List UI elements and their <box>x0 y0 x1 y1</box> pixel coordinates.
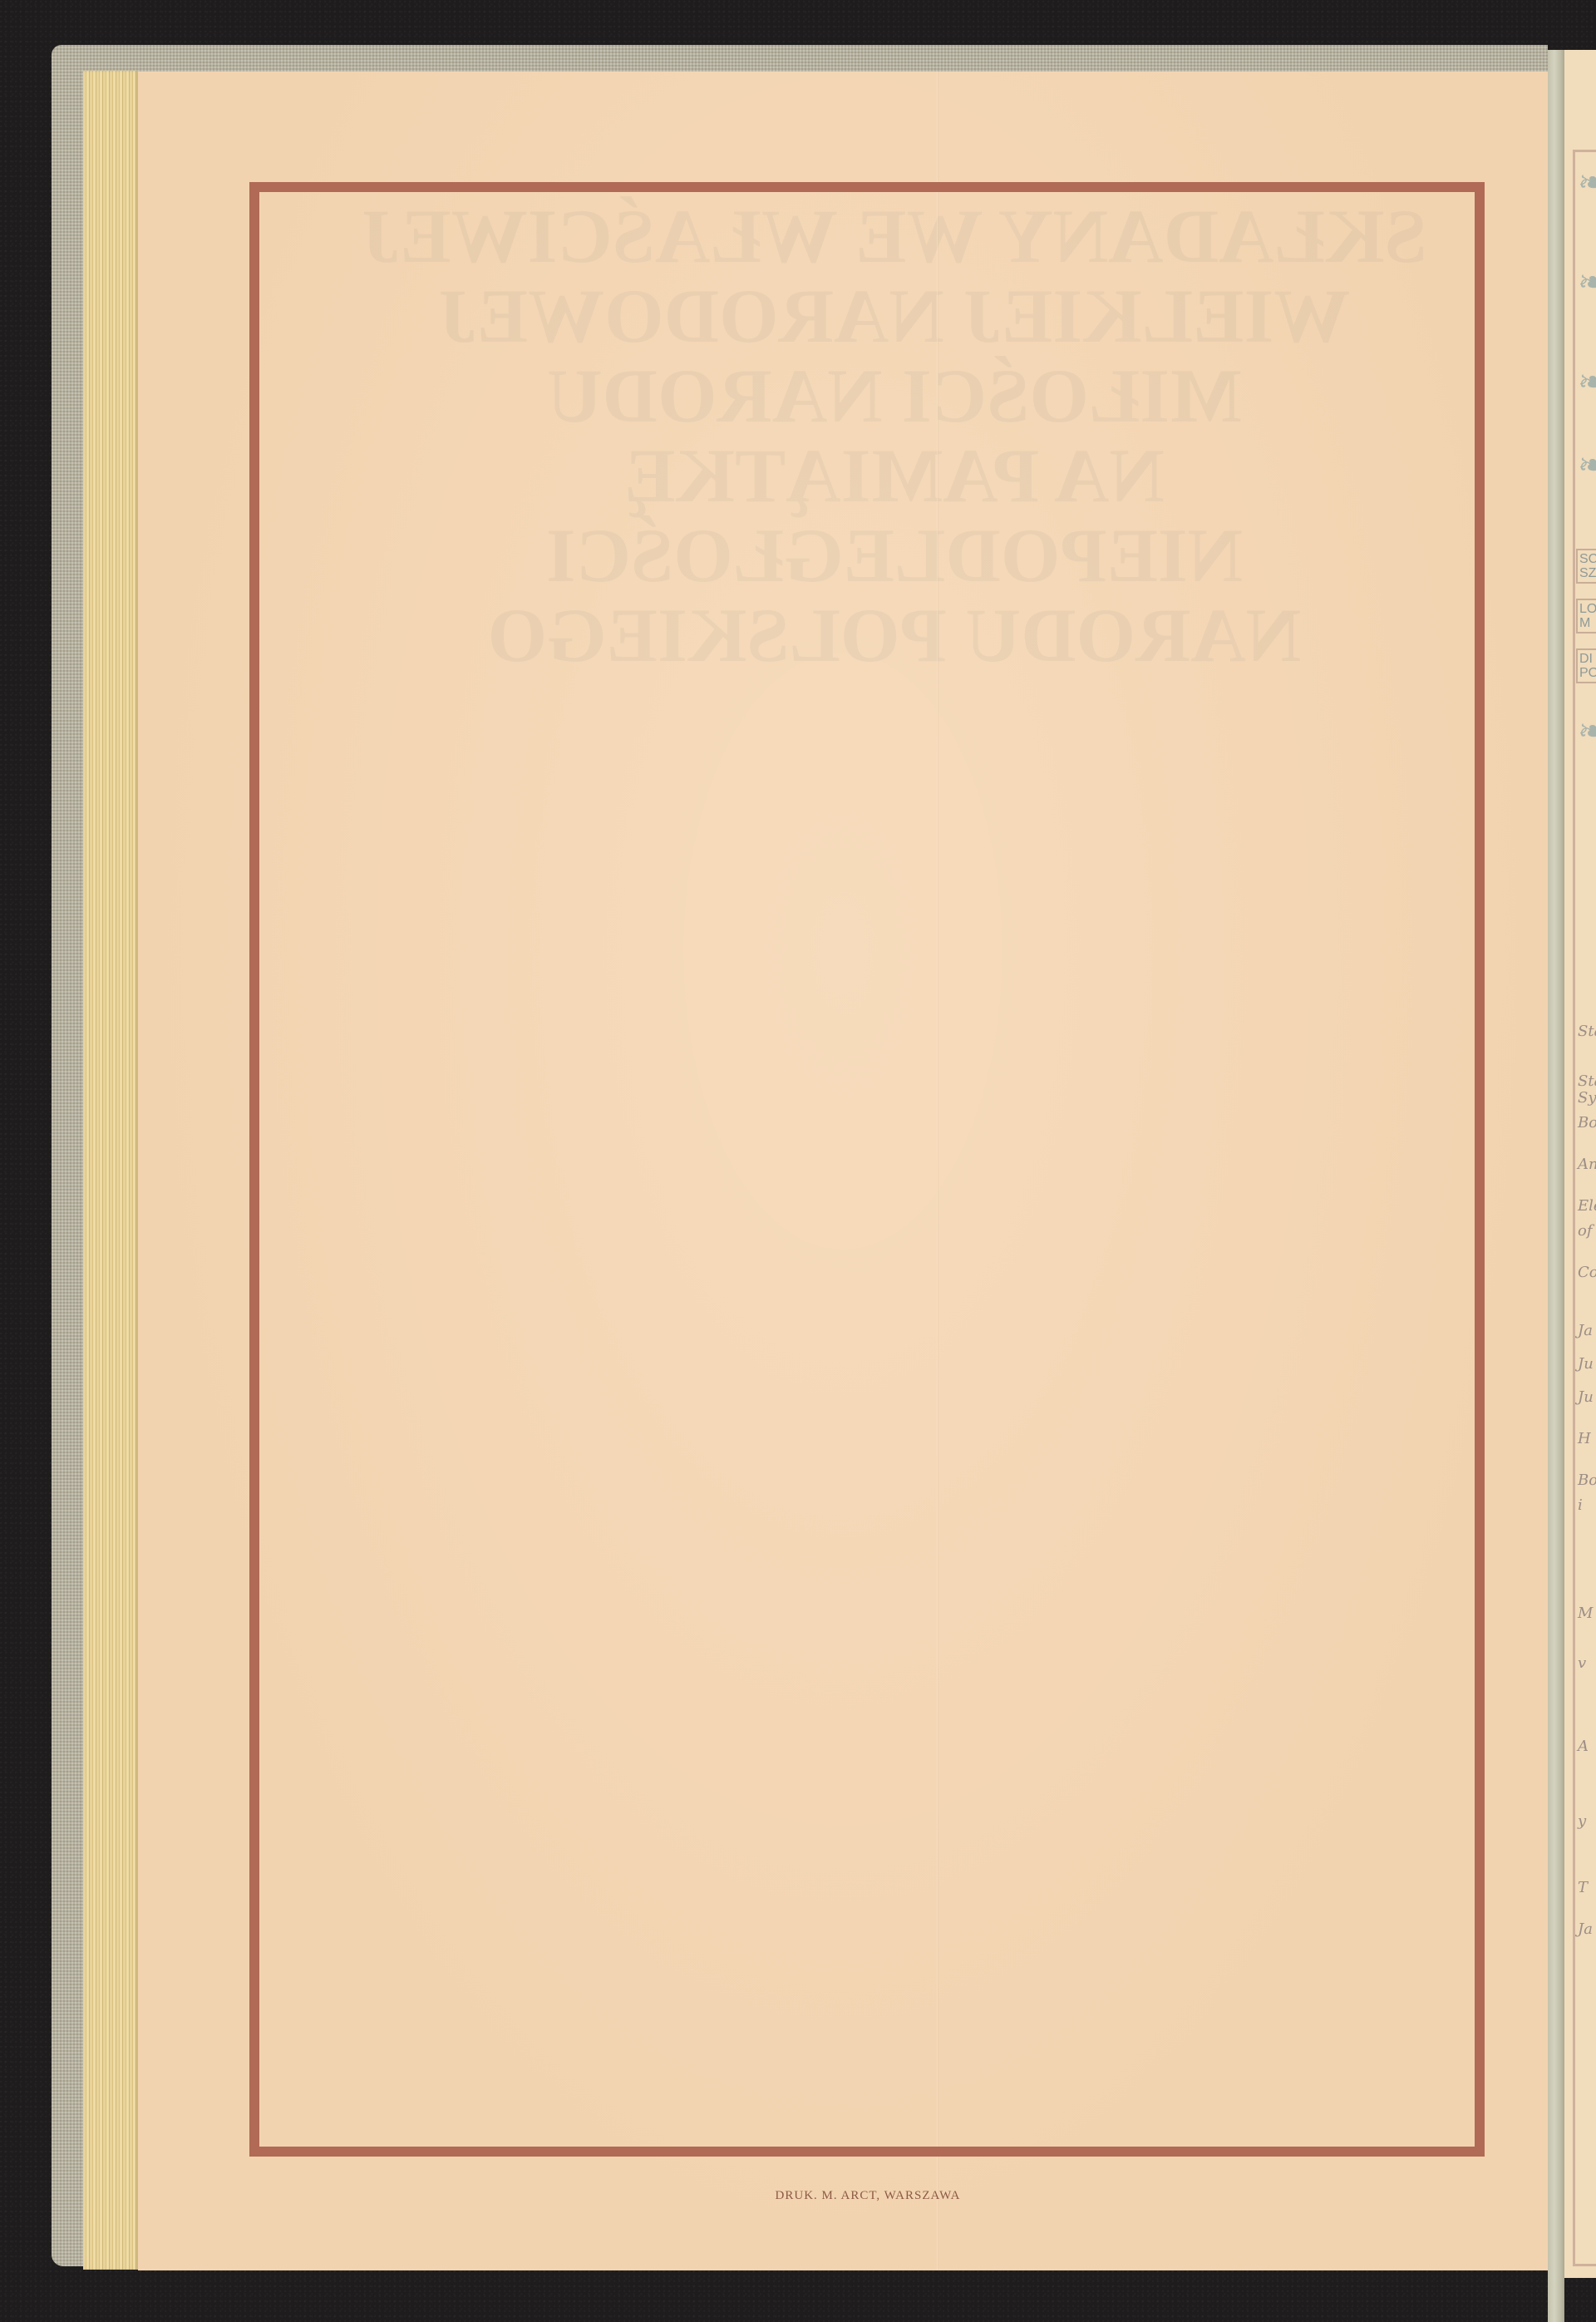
handwriting: i <box>1578 1496 1583 1514</box>
ornament-icon: ❧ <box>1578 166 1596 200</box>
adjacent-text-block: DI PO <box>1576 648 1596 683</box>
handwriting: Bo <box>1578 1114 1596 1131</box>
ornament-icon: ❧ <box>1578 266 1596 299</box>
handwriting: A <box>1578 1738 1589 1755</box>
handwriting: v <box>1578 1654 1586 1672</box>
handwriting: of <box>1578 1222 1593 1240</box>
handwriting: Ju <box>1578 1355 1594 1373</box>
book-page: SKŁADANY WE WŁAŚCIWEJ WIELKIEJ NARODOWEJ… <box>138 71 1548 2270</box>
adjacent-page: ❧ ❧ ❧ ❧ SC SZ LO M DI PO ❧ Sta Sta Sy Bo… <box>1564 50 1596 2278</box>
handwriting: Ele <box>1578 1197 1596 1215</box>
handwriting: T <box>1578 1879 1588 1896</box>
handwriting: Ja <box>1578 1322 1593 1339</box>
handwriting: Sy <box>1578 1089 1596 1107</box>
adjacent-text-block: SC SZ <box>1576 549 1596 584</box>
handwriting: An <box>1578 1156 1596 1173</box>
page-edges-stack <box>83 71 138 2270</box>
book-gutter <box>1548 50 1564 2322</box>
adjacent-text-block: LO M <box>1576 599 1596 633</box>
handwriting: M <box>1578 1605 1593 1622</box>
handwriting: y <box>1578 1812 1586 1830</box>
handwriting: Sta <box>1578 1023 1596 1040</box>
ornament-icon: ❧ <box>1578 449 1596 482</box>
handwriting: Ja <box>1578 1920 1593 1938</box>
handwriting: Co <box>1578 1264 1596 1281</box>
handwriting: Ju <box>1578 1388 1594 1406</box>
ornament-icon: ❧ <box>1578 715 1596 748</box>
handwriting: Bo <box>1578 1472 1596 1489</box>
decorative-border-frame <box>249 182 1485 2157</box>
handwriting: Sta <box>1578 1072 1596 1090</box>
printer-imprint: DRUK. M. ARCT, WARSZAWA <box>138 2189 1548 2203</box>
ornament-icon: ❧ <box>1578 366 1596 399</box>
handwriting: H <box>1578 1430 1591 1447</box>
